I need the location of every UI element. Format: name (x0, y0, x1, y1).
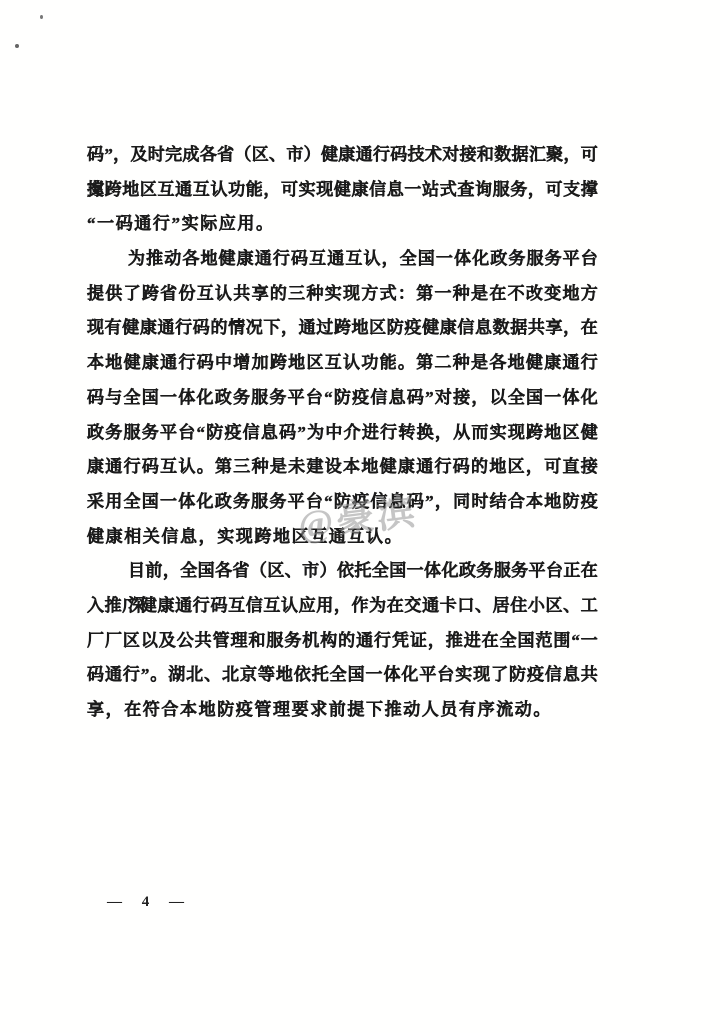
text-line: 码通行”。湖北、北京等地依托全国一体化平台实现了防疫信息共 (87, 658, 598, 693)
text-line: 采用全国一体化政务服务平台“防疫信息码”，同时结合本地防疫 (87, 485, 598, 520)
text-line: 目前，全国各省（区、市）依托全国一体化政务服务平台正在深 (87, 554, 598, 589)
text-line: 厂厂区以及公共管理和服务机构的通行凭证，推进在全国范围“一 (87, 624, 598, 659)
document-page: 码”，及时完成各省（区、市）健康通行码技术对接和数据汇聚，可支 撑跨地区互通互认… (0, 0, 720, 1033)
scan-speck-artifact (40, 15, 43, 19)
text-line: “一码通行”实际应用。 (87, 207, 598, 242)
text-line: 本地健康通行码中增加跨地区互认功能。第二种是各地健康通行 (87, 346, 598, 381)
text-line: 码”，及时完成各省（区、市）健康通行码技术对接和数据汇聚，可支 (87, 138, 598, 173)
page-number: — 4 — (107, 894, 185, 911)
text-line: 撑跨地区互通互认功能，可实现健康信息一站式查询服务，可支撑 (87, 173, 598, 208)
text-line: 码与全国一体化政务服务平台“防疫信息码”对接，以全国一体化 (87, 381, 598, 416)
text-line: 入推广健康通行码互信互认应用，作为在交通卡口、居住小区、工 (87, 589, 598, 624)
text-line: 现有健康通行码的情况下，通过跨地区防疫健康信息数据共享，在 (87, 311, 598, 346)
text-line: 健康相关信息，实现跨地区互通互认。 (87, 520, 598, 555)
text-line: 提供了跨省份互认共享的三种实现方式：第一种是在不改变地方 (87, 277, 598, 312)
text-line: 享，在符合本地防疫管理要求前提下推动人员有序流动。 (87, 693, 598, 728)
text-line: 政务服务平台“防疫信息码”为中介进行转换，从而实现跨地区健 (87, 416, 598, 451)
scan-speck-artifact (15, 44, 19, 48)
text-line: 为推动各地健康通行码互通互认，全国一体化政务服务平台 (87, 242, 598, 277)
body-text: 码”，及时完成各省（区、市）健康通行码技术对接和数据汇聚，可支 撑跨地区互通互认… (87, 138, 598, 728)
text-line: 康通行码互认。第三种是未建设本地健康通行码的地区，可直接 (87, 450, 598, 485)
